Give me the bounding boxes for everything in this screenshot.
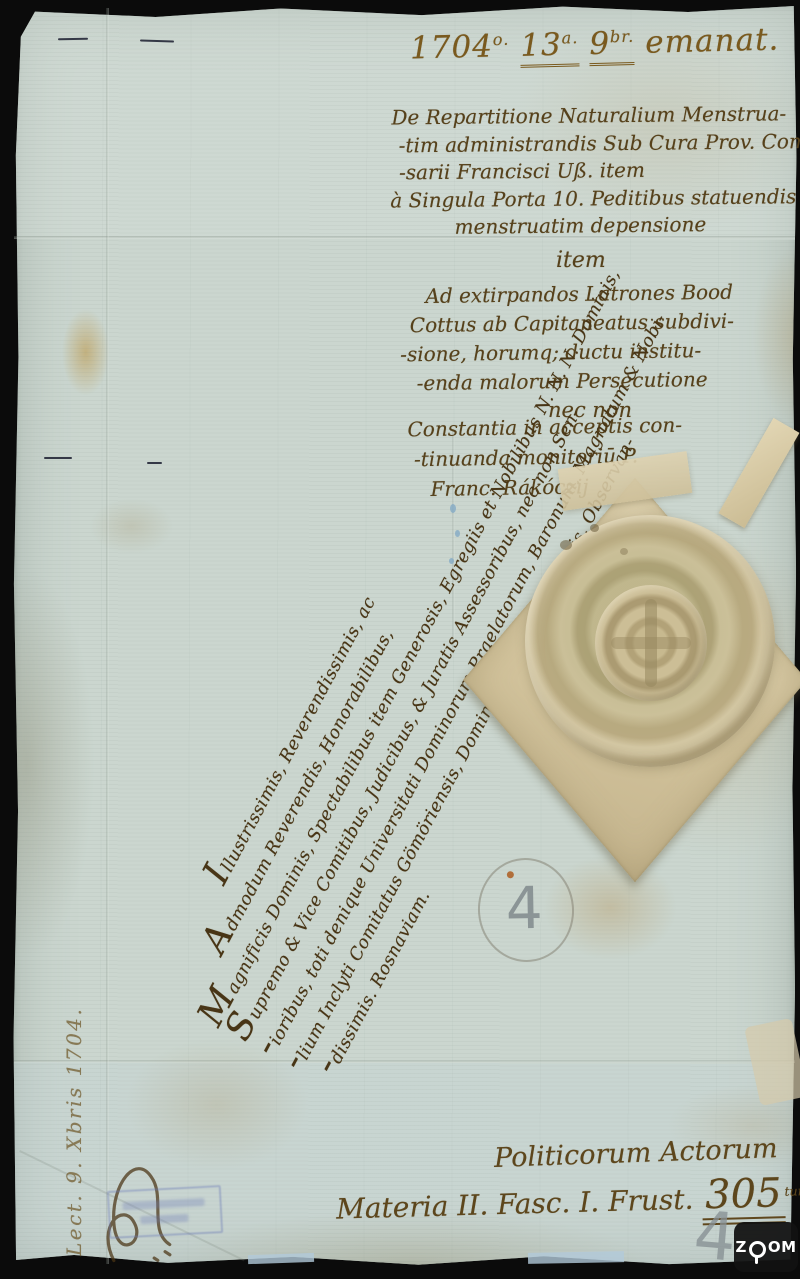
magnifier-icon <box>749 1241 766 1258</box>
stamp-text-line <box>140 1214 188 1225</box>
seal-coat-of-arms <box>595 585 707 701</box>
zoom-letters-om: OM <box>768 1238 797 1256</box>
archival-reference-line1: Politicorum Actorum <box>494 1133 778 1174</box>
summary-line: -sarii Francisci Uß. item <box>399 155 800 187</box>
detail-layer: 1704o. 13a. 9br. emanat. De Repartitione… <box>0 0 800 1279</box>
pencil-page-number: 4 <box>691 1196 740 1276</box>
reference-prefix: Materia II. Fasc. I. Frust. <box>336 1183 694 1226</box>
summary-line: menstruatim depensione <box>454 210 800 242</box>
seal-speck <box>590 524 599 532</box>
heading-emanat: emanat. <box>645 21 780 60</box>
heading-year-sup: o. <box>493 30 510 49</box>
photo-background: 1704o. 13a. 9br. emanat. De Repartitione… <box>0 0 800 1279</box>
summary-line: -tim administrandis Sub Cura Prov. Comis… <box>399 127 800 159</box>
summary-block: De Repartitione Naturalium Menstrua- -ti… <box>391 100 800 242</box>
ink-dash <box>140 39 174 42</box>
fold-crease-horizontal <box>14 1060 795 1063</box>
pencil-number: 4 <box>505 874 543 943</box>
zoom-letter-z: Z <box>735 1238 746 1256</box>
heading-date: 1704o. 13a. 9br. emanat. <box>410 21 780 66</box>
ink-dash <box>44 457 72 459</box>
seal-speck <box>560 540 572 550</box>
heading-month-sup: br. <box>610 27 635 47</box>
latrones-line: -enda malorum Persecutione <box>416 365 735 398</box>
ink-dash <box>58 38 88 41</box>
heading-day-sup: a. <box>561 28 578 47</box>
summary-line: à Singula Porta 10. Peditibus statuendis… <box>390 182 800 214</box>
backing-strip <box>248 1253 314 1264</box>
heading-month: 9 <box>589 26 611 62</box>
summary-line: De Repartitione Naturalium Menstrua- <box>391 100 800 132</box>
paper-tear-patch <box>744 1018 800 1106</box>
zoom-watermark: Z OM <box>734 1222 798 1272</box>
heading-year: 1704 <box>410 28 494 66</box>
stamp-text-line <box>122 1198 204 1210</box>
fold-crease-vertical <box>106 8 109 1264</box>
archive-stamp <box>107 1185 223 1239</box>
ink-dash <box>147 462 162 464</box>
heading-day: 13 <box>520 27 562 64</box>
backing-strip <box>528 1251 624 1264</box>
item-word: item <box>556 248 606 273</box>
latrones-line: Ad extirpandos Latrones Bood <box>425 278 734 311</box>
seal-speck <box>620 548 628 555</box>
reference-number-sup: tum <box>784 1183 800 1199</box>
